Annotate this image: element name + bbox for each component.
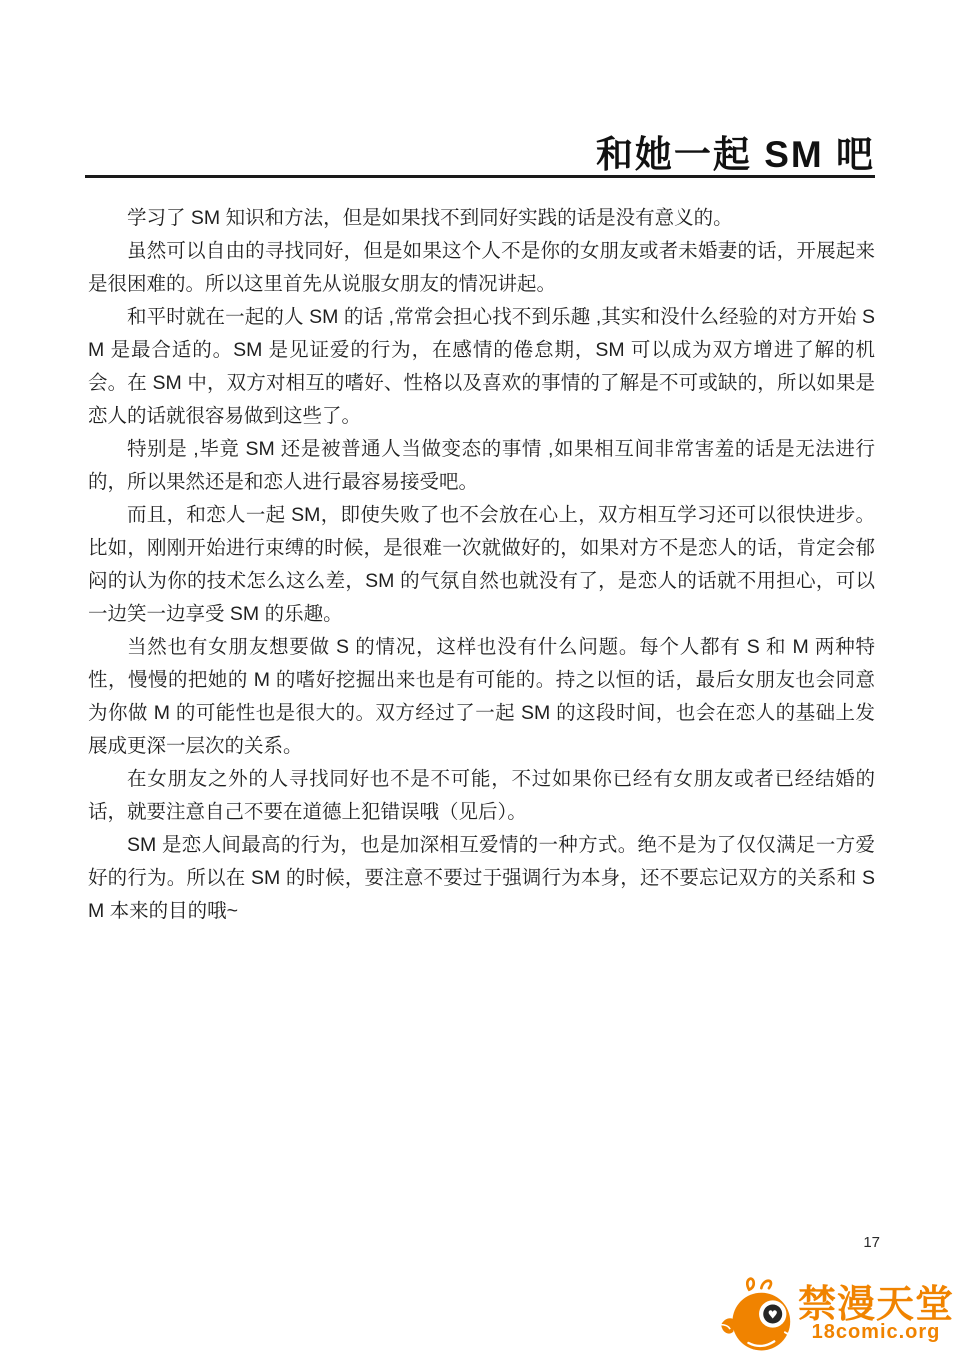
paragraph: 而且，和恋人一起 SM，即使失败了也不会放在心上，双方相互学习还可以很快进步。比… xyxy=(88,499,875,631)
page-title: 和她一起 SM 吧 xyxy=(596,124,875,178)
article-body: 学习了 SM 知识和方法，但是如果找不到同好实践的话是没有意义的。 虽然可以自由… xyxy=(88,202,875,928)
paragraph: 当然也有女朋友想要做 S 的情况，这样也没有什么问题。每个人都有 S 和 M 两… xyxy=(88,631,875,763)
page-number: 17 xyxy=(790,1234,880,1251)
paragraph: 学习了 SM 知识和方法，但是如果找不到同好实践的话是没有意义的。 xyxy=(88,202,875,235)
paragraph: 特别是 ,毕竟 SM 还是被普通人当做变态的事情 ,如果相互间非常害羞的话是无法… xyxy=(88,433,875,499)
document-page: 和她一起 SM 吧 学习了 SM 知识和方法，但是如果找不到同好实践的话是没有意… xyxy=(0,0,960,1356)
svg-text:♥: ♥ xyxy=(768,1308,778,1322)
paragraph: SM 是恋人间最高的行为，也是加深相互爱情的一种方式。绝不是为了仅仅满足一方爱好… xyxy=(88,829,875,928)
whale-mascot-icon: ♥ xyxy=(718,1274,794,1354)
title-divider xyxy=(85,175,875,178)
paragraph: 在女朋友之外的人寻找同好也不是不可能，不过如果你已经有女朋友或者已经结婚的话，就… xyxy=(88,763,875,829)
watermark-text: 禁漫天堂 18comic.org xyxy=(798,1286,954,1342)
watermark-site-name: 禁漫天堂 xyxy=(798,1286,954,1324)
watermark-site-url: 18comic.org xyxy=(812,1322,941,1342)
site-watermark: ♥ 禁漫天堂 18comic.org xyxy=(718,1274,954,1354)
paragraph: 虽然可以自由的寻找同好，但是如果这个人不是你的女朋友或者未婚妻的话，开展起来是很… xyxy=(88,235,875,301)
paragraph: 和平时就在一起的人 SM 的话 ,常常会担心找不到乐趣 ,其实和没什么经验的对方… xyxy=(88,301,875,433)
